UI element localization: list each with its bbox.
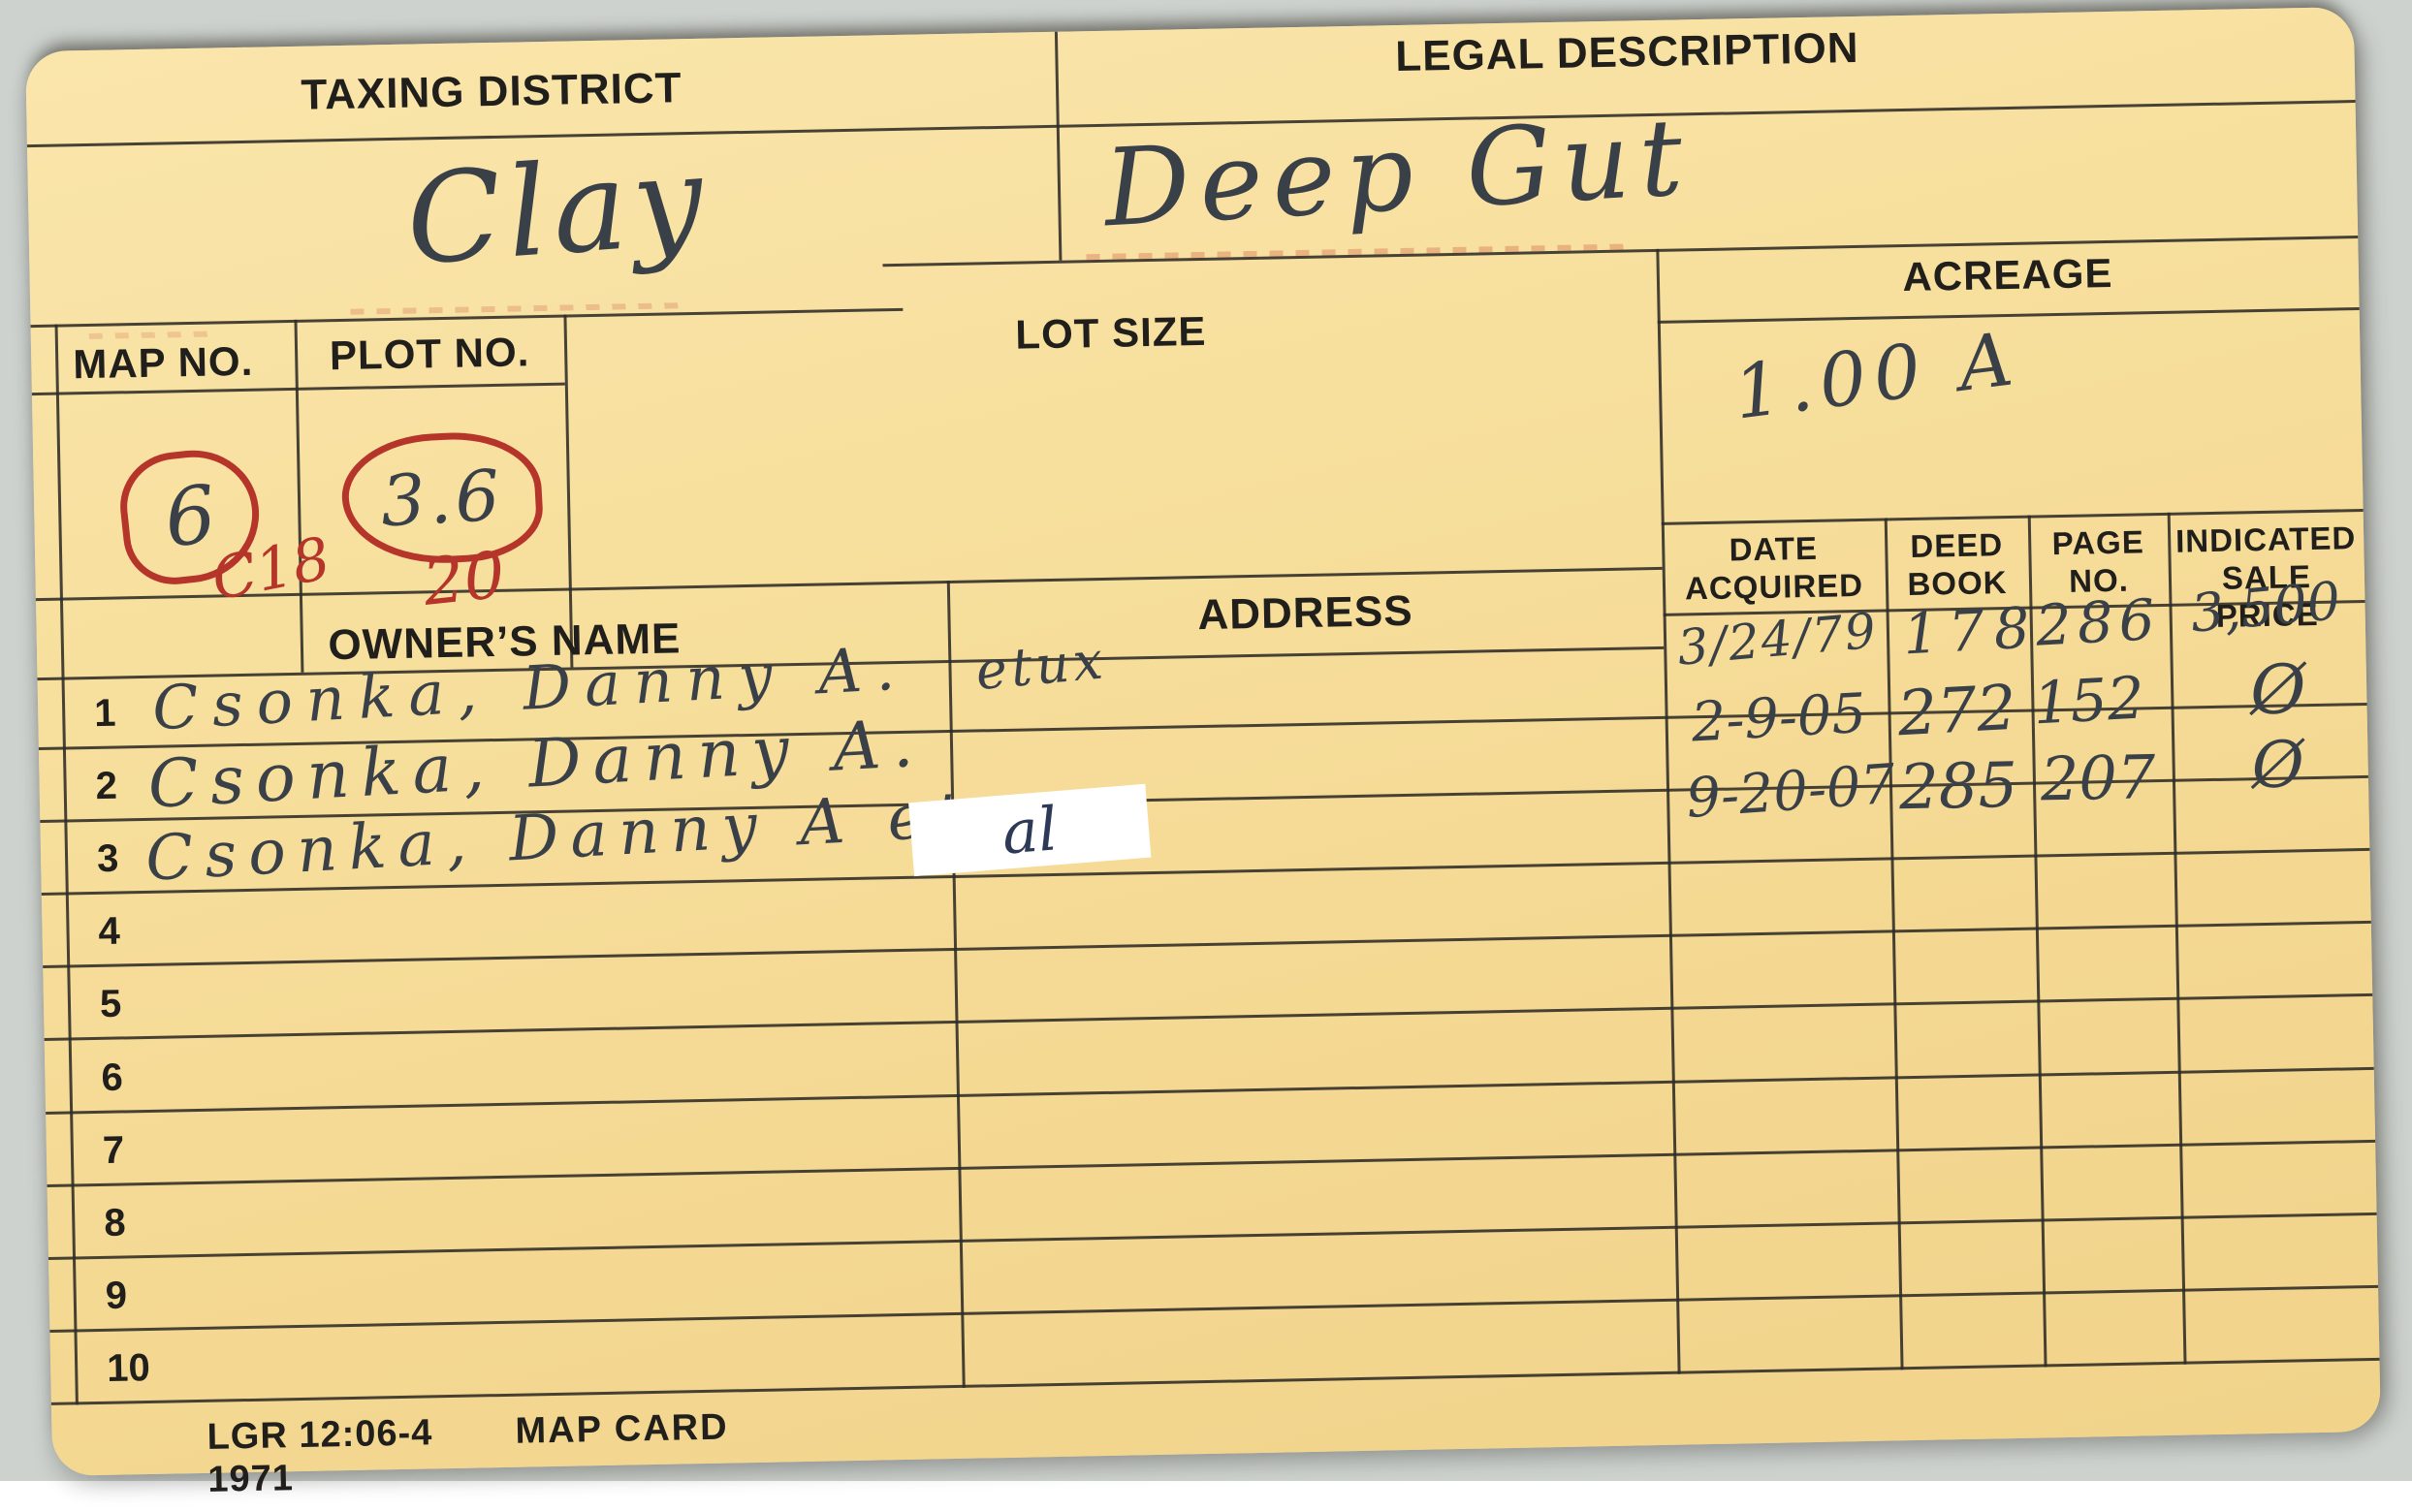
row-number: 9 (105, 1274, 127, 1317)
deed-book-header: DEED BOOK (1885, 525, 2029, 604)
acreage-value: 1.00 A (1730, 315, 2025, 436)
row-number: 3 (97, 837, 119, 881)
footer-form-year: 1971 (207, 1458, 294, 1501)
taxing-district-label: TAXING DISTRICT (26, 59, 958, 125)
page-entry-3: 207 (2040, 741, 2156, 814)
footer-form-code: LGR 12:06-4 (206, 1412, 433, 1458)
page-entry-1: 286 (2034, 586, 2162, 659)
deed-entry-1: 178 (1901, 594, 2041, 668)
date-acquired-header: DATE ACQUIRED (1662, 527, 1886, 607)
row-number: 2 (95, 765, 117, 808)
sale-price-line1: INDICATED (2175, 520, 2357, 559)
date-acquired-line2: ACQUIRED (1685, 567, 1864, 607)
price-entry-2: Ø (2249, 649, 2306, 730)
price-entry-3: Ø (2251, 727, 2305, 803)
date-acquired-line1: DATE (1729, 530, 1818, 568)
row-number: 10 (107, 1346, 150, 1391)
plot-no-note: 20 (420, 537, 509, 619)
footer-card-title: MAP CARD (515, 1407, 729, 1453)
owner-entry-3-correction: al (1000, 793, 1060, 867)
grid-line (563, 315, 573, 668)
legal-description-label: LEGAL DESCRIPTION (1055, 17, 2200, 88)
deed-entry-2: 272 (1896, 673, 2018, 750)
row-number: 7 (102, 1128, 124, 1172)
row-number: 5 (100, 983, 122, 1026)
deed-entry-3: 285 (1898, 750, 2018, 824)
address-entry-1: etux (973, 629, 1109, 702)
page-entry-2: 152 (2032, 664, 2146, 738)
acreage-label: ACREAGE (1657, 245, 2360, 305)
row-number: 8 (104, 1201, 126, 1244)
lot-size-label: LOT SIZE (564, 299, 1659, 367)
plot-no-label: PLOT NO. (295, 329, 565, 380)
date-entry-2: 2-9-05 (1690, 682, 1868, 755)
page-no-line1: PAGE (2051, 523, 2144, 561)
row-number: 1 (94, 692, 116, 736)
scanned-document: TAXING DISTRICT LEGAL DESCRIPTION MAP NO… (0, 0, 2412, 1512)
legal-description-value: Deep Gut (1101, 95, 1696, 251)
row-number: 4 (98, 910, 120, 954)
plot-no-value: 3.6 (379, 455, 506, 543)
map-no-label: MAP NO. (31, 337, 296, 389)
bleed-artifact (89, 331, 215, 338)
row-number: 6 (101, 1055, 123, 1099)
deed-book-line1: DEED (1910, 526, 2003, 564)
taxing-district-value: Clay (401, 128, 713, 294)
map-card: TAXING DISTRICT LEGAL DESCRIPTION MAP NO… (25, 7, 2381, 1476)
scanner-background-strip (0, 1481, 2412, 1512)
